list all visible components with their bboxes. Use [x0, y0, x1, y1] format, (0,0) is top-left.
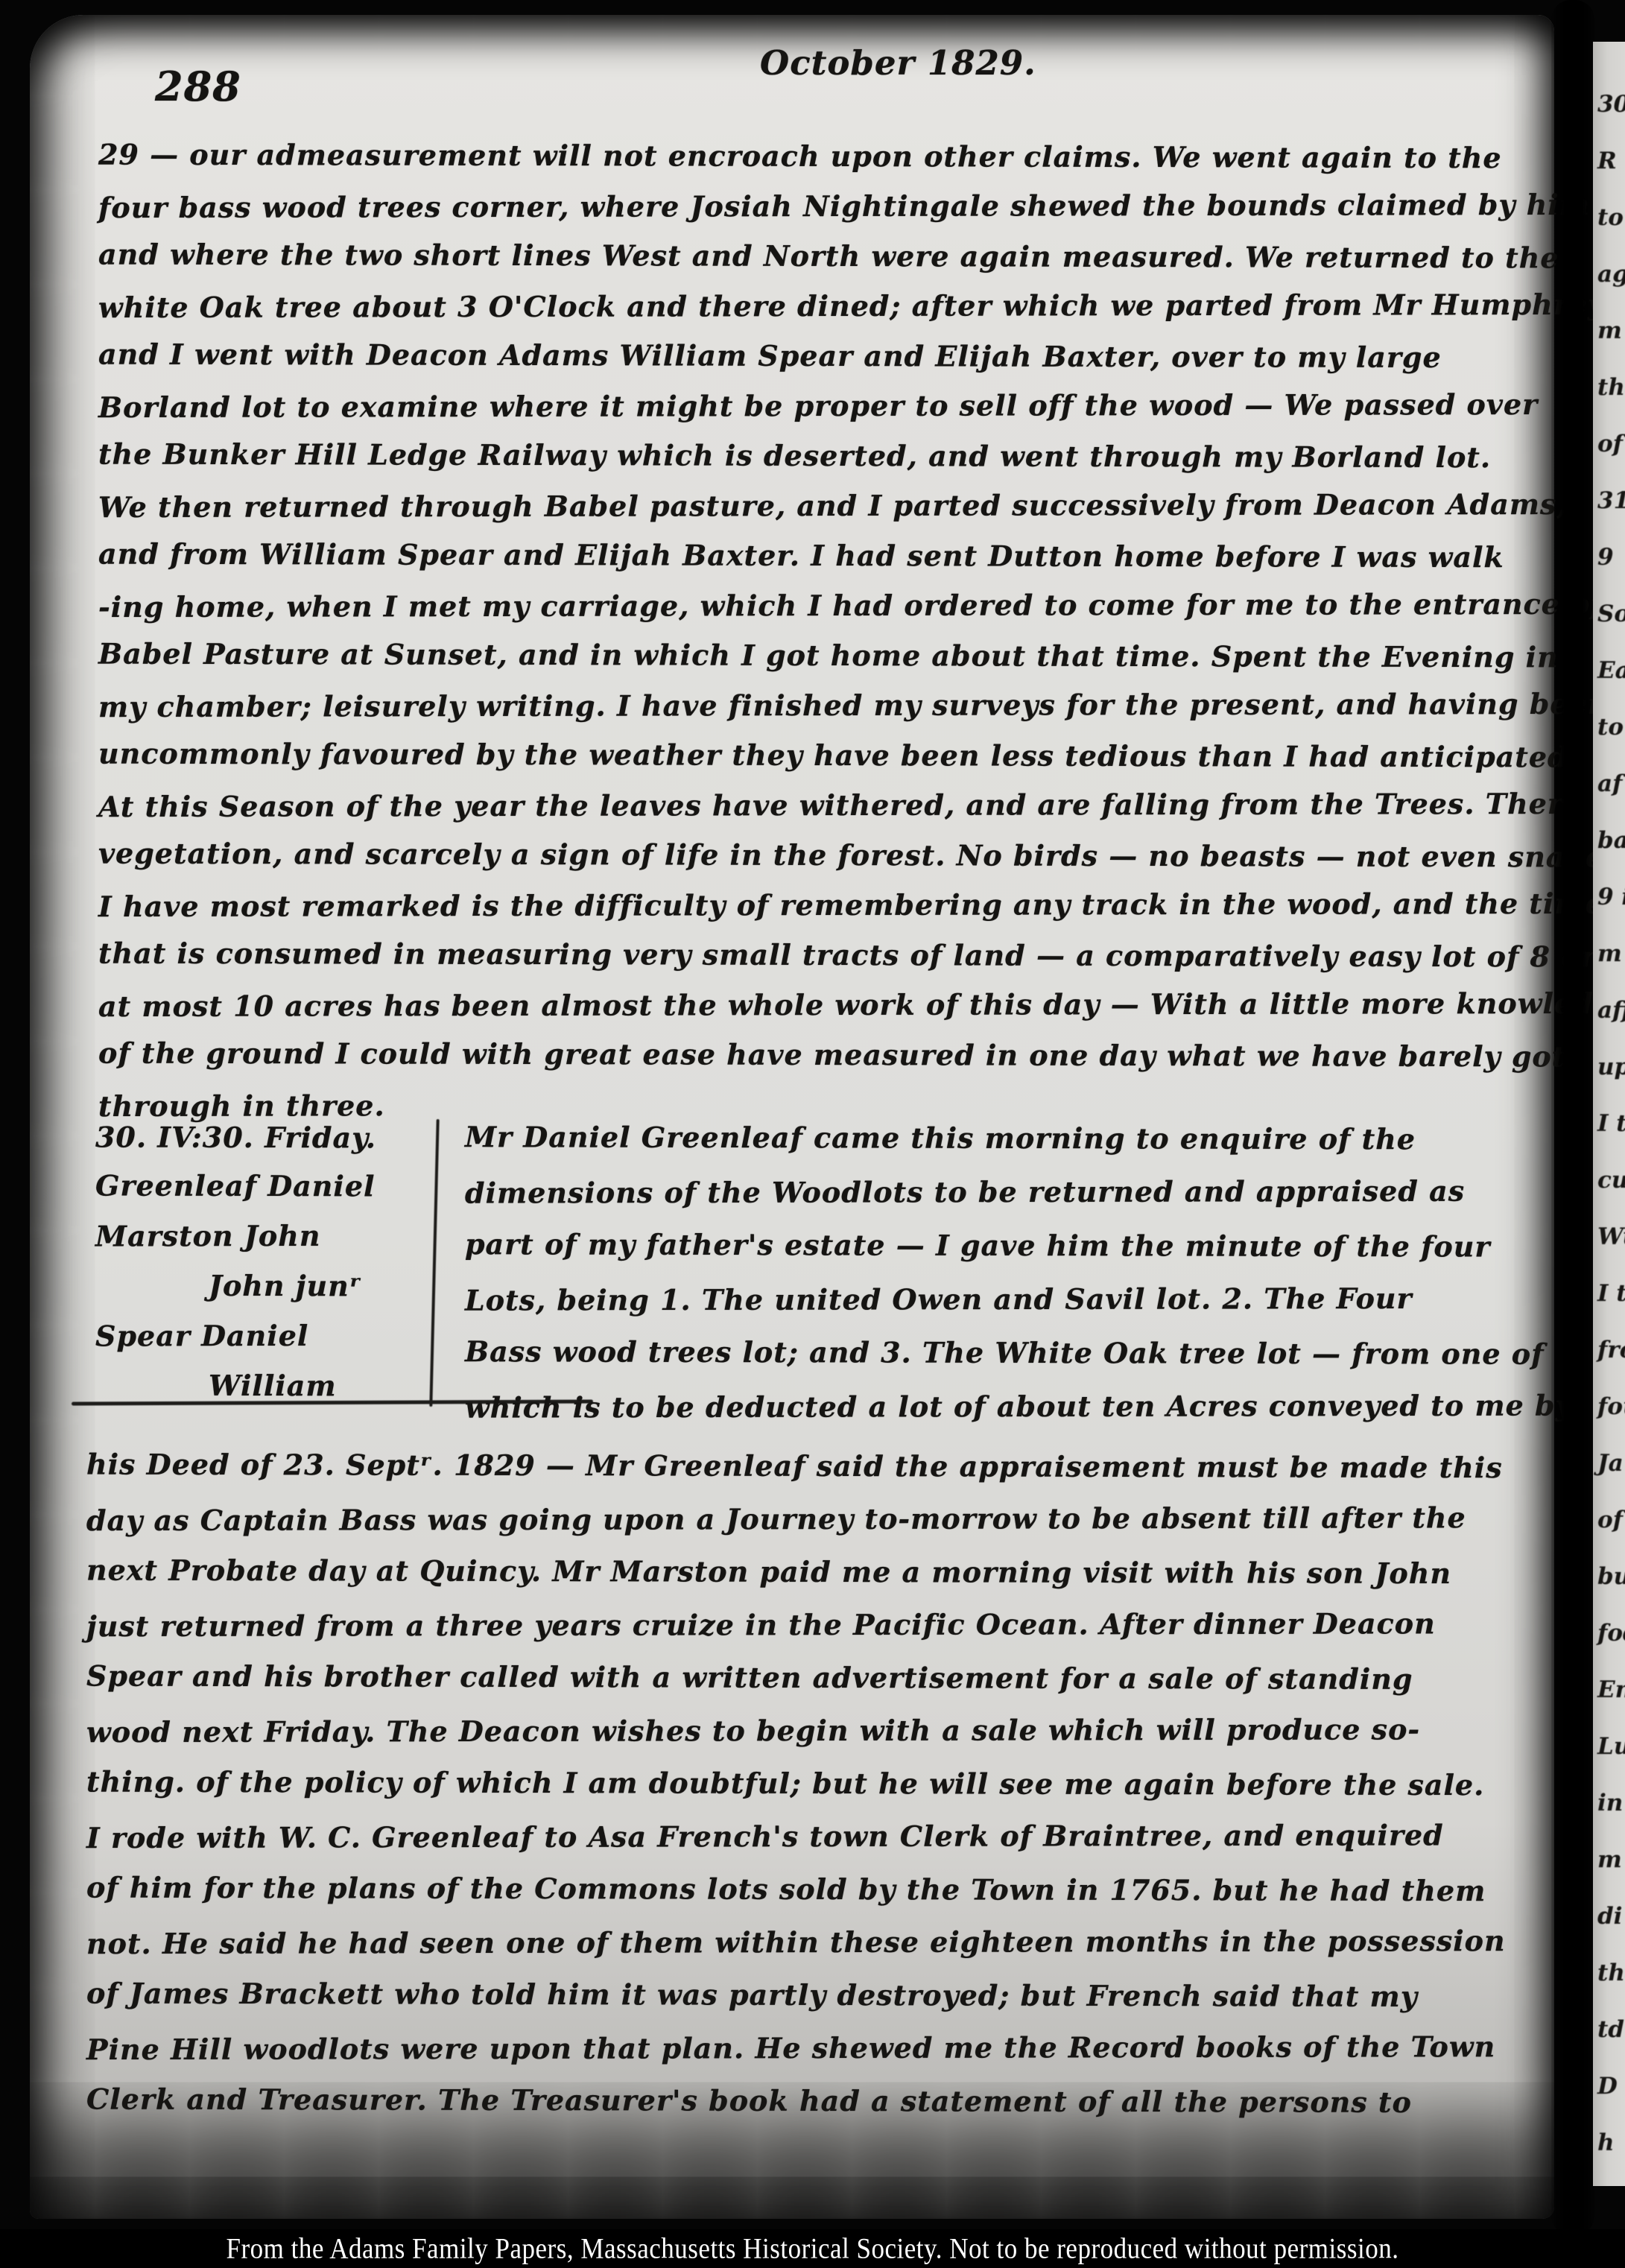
manuscript-line: Lots, being 1. The united Owen and Savil… — [465, 1271, 1583, 1327]
manuscript-line: four bass wood trees corner, where Josia… — [98, 180, 1566, 232]
manuscript-line: Babel Pasture at Sunset, and in which I … — [98, 629, 1566, 682]
manuscript-line: which is to be deducted a lot of about t… — [465, 1378, 1583, 1434]
text-fragment: So — [1597, 586, 1625, 642]
text-fragment: I t — [1597, 1095, 1625, 1152]
manuscript-line: and from William Spear and Elijah Baxter… — [98, 529, 1566, 583]
manuscript-line: uncommonly favoured by the weather they … — [98, 729, 1566, 782]
text-fragment: tha — [1597, 1945, 1625, 2001]
manuscript-line: -ing home, when I met my carriage, which… — [98, 579, 1566, 632]
entry-october-29: 29 — our admeasurement will not encroach… — [98, 131, 1566, 1130]
text-fragment: Ea — [1597, 642, 1625, 699]
manuscript-line: and I went with Deacon Adams William Spe… — [98, 329, 1566, 383]
text-fragment: 30 — [1597, 76, 1625, 133]
text-fragment: up — [1597, 1039, 1625, 1095]
manuscript-line: I rode with W. C. Greenleaf to Asa Frenc… — [86, 1808, 1584, 1864]
manuscript-line: the Bunker Hill Ledge Railway which is d… — [98, 429, 1566, 483]
manuscript-line: not. He said he had seen one of them wit… — [86, 1914, 1584, 1970]
text-fragment: fod — [1597, 1605, 1625, 1662]
text-fragment: aff — [1597, 982, 1625, 1039]
manuscript-line: Clerk and Treasurer. The Treasurer's boo… — [86, 2073, 1584, 2129]
margin-name: Marston John — [95, 1211, 438, 1261]
manuscript-line: I have most remarked is the difficulty o… — [98, 878, 1566, 931]
manuscript-line: Borland lot to examine where it might be… — [98, 379, 1566, 432]
text-fragment: fou — [1597, 1378, 1625, 1435]
text-fragment: th — [1597, 2171, 1625, 2186]
text-fragment: Eng — [1597, 1662, 1625, 1718]
manuscript-line: Spear and his brother called with a writ… — [86, 1650, 1584, 1706]
manuscript-line: thing. of the policy of which I am doubt… — [86, 1755, 1584, 1812]
entry-october-30-margin: 30. IV:30. Friday. Greenleaf DanielMarst… — [95, 1115, 438, 1410]
archive-caption: From the Adams Family Papers, Massachuse… — [227, 2232, 1399, 2266]
text-fragment: to — [1597, 699, 1625, 756]
archive-caption-bar: From the Adams Family Papers, Massachuse… — [0, 2229, 1625, 2268]
text-fragment: 9 — [1597, 529, 1625, 586]
manuscript-line: at most 10 acres has been almost the who… — [98, 978, 1566, 1031]
text-fragment: cul — [1597, 1152, 1625, 1209]
text-fragment: 31 — [1597, 472, 1625, 529]
text-fragment: di — [1597, 1888, 1625, 1945]
manuscript-line: 29 — our admeasurement will not encroach… — [98, 130, 1566, 183]
manuscript-line: At this Season of the year the leaves ha… — [98, 779, 1566, 832]
text-fragment: to — [1597, 189, 1625, 246]
text-fragment: tha — [1597, 359, 1625, 416]
manuscript-line: of the ground I could with great ease ha… — [98, 1028, 1566, 1082]
manuscript-line: my chamber; leisurely writing. I have fi… — [98, 679, 1566, 732]
page-header-date: October 1829. — [760, 43, 1036, 83]
text-fragment: m — [1597, 1831, 1625, 1888]
text-fragment: Wu — [1597, 1209, 1625, 1265]
text-fragment: R — [1597, 133, 1625, 189]
manuscript-line: next Probate day at Quincy. Mr Marston p… — [86, 1544, 1584, 1600]
manuscript-scan: 288 October 1829. 29 — our admeasurement… — [0, 0, 1625, 2268]
diary-page: 288 October 1829. 29 — our admeasurement… — [30, 15, 1554, 2219]
text-fragment: fro — [1597, 1322, 1625, 1378]
text-fragment: but — [1597, 1548, 1625, 1605]
margin-name-list: Greenleaf DanielMarston JohnJohn junʳSpe… — [95, 1161, 438, 1410]
manuscript-line: of James Brackett who told him it was pa… — [86, 1967, 1584, 2024]
text-fragment: td — [1597, 2001, 1625, 2058]
manuscript-line: that is consumed in measuring very small… — [98, 928, 1566, 982]
manuscript-line: and where the two short lines West and N… — [98, 229, 1566, 283]
text-fragment: Ja — [1597, 1435, 1625, 1492]
manuscript-line: white Oak tree about 3 O'Clock and there… — [98, 279, 1566, 332]
margin-name: Spear Daniel — [95, 1311, 438, 1361]
next-page-edge: 30Rtoagmthaof319SoEatoafba9 imaffupI tcu… — [1593, 42, 1625, 2186]
book-gutter-shadow — [1551, 0, 1594, 2235]
text-fragment: D — [1597, 2058, 1625, 2115]
text-fragment: m — [1597, 302, 1625, 359]
text-fragment: Lu — [1597, 1718, 1625, 1775]
text-fragment: of — [1597, 1492, 1625, 1548]
text-fragment: ba — [1597, 812, 1625, 869]
manuscript-line: Bass wood trees lot; and 3. The White Oa… — [465, 1325, 1583, 1381]
text-fragment: h — [1597, 2115, 1625, 2171]
margin-name: Greenleaf Daniel — [95, 1160, 438, 1211]
entry-date-heading: 30. IV:30. Friday. — [95, 1114, 438, 1161]
manuscript-line: We then returned through Babel pasture, … — [98, 479, 1566, 532]
margin-name: John junʳ — [95, 1260, 438, 1311]
manuscript-line: his Deed of 23. Septʳ. 1829 — Mr Greenle… — [86, 1438, 1584, 1495]
manuscript-line: just returned from a three years cruize … — [86, 1597, 1584, 1653]
manuscript-line: Mr Daniel Greenleaf came this morning to… — [465, 1110, 1583, 1167]
page-number: 288 — [155, 63, 241, 110]
manuscript-line: of him for the plans of the Commons lots… — [86, 1861, 1584, 1918]
manuscript-line: Pine Hill woodlots were upon that plan. … — [86, 2020, 1584, 2076]
entry-october-30-full-text: his Deed of 23. Septʳ. 1829 — Mr Greenle… — [86, 1439, 1584, 2127]
text-fragment: af — [1597, 756, 1625, 812]
text-fragment: I t — [1597, 1265, 1625, 1322]
next-page-text-fragments: 30Rtoagmthaof319SoEatoafba9 imaffupI tcu… — [1597, 76, 1625, 2186]
manuscript-line: dimensions of the Woodlots to be returne… — [465, 1164, 1583, 1220]
text-fragment: m — [1597, 925, 1625, 982]
entry-october-30-indented-text: Mr Daniel Greenleaf came this morning to… — [465, 1112, 1583, 1434]
text-fragment: ag — [1597, 246, 1625, 302]
text-fragment: of — [1597, 416, 1625, 472]
manuscript-line: part of my father's estate — I gave him … — [465, 1217, 1583, 1274]
manuscript-line: day as Captain Bass was going upon a Jou… — [86, 1491, 1584, 1547]
manuscript-line: wood next Friday. The Deacon wishes to b… — [86, 1702, 1584, 1758]
manuscript-line: vegetation, and scarcely a sign of life … — [98, 829, 1566, 882]
text-fragment: 9 i — [1597, 869, 1625, 925]
text-fragment: in — [1597, 1775, 1625, 1831]
